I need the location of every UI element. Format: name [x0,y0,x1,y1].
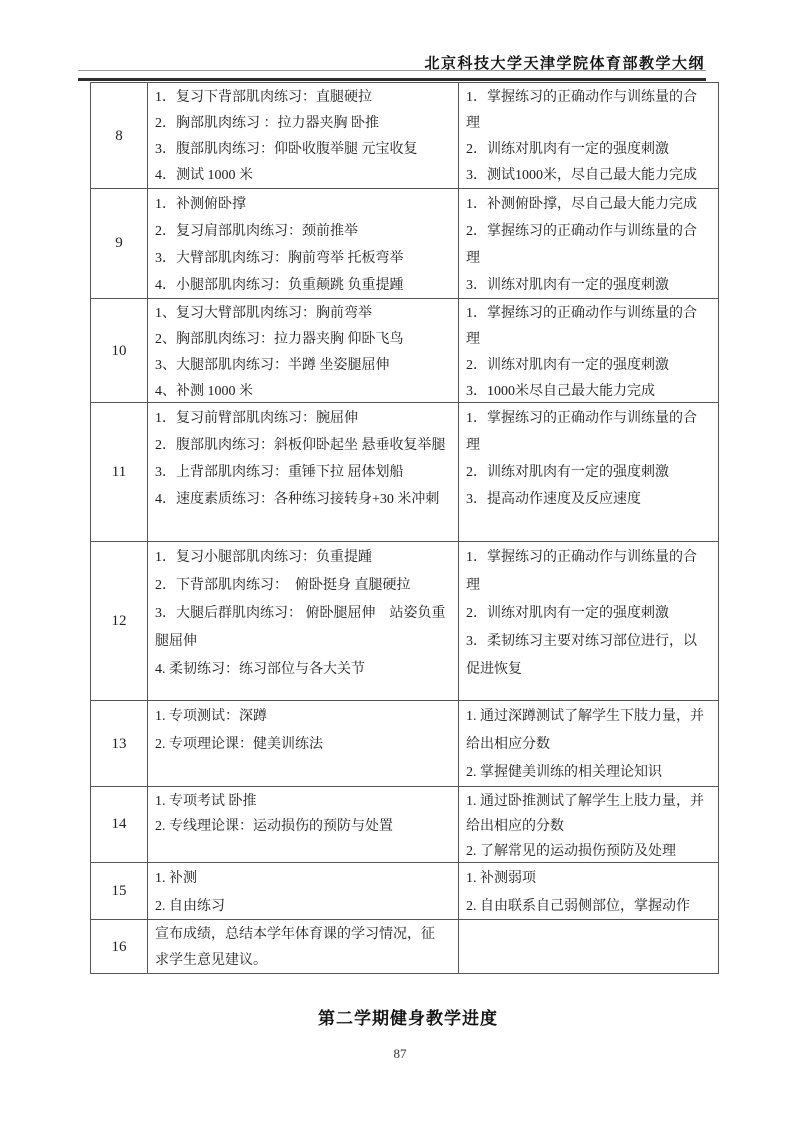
content-cell: 1. 专项测试：深蹲2. 专项理论课：健美训练法 [148,701,459,786]
goals-cell: 1. 补测弱项2. 自由联系自己弱侧部位，掌握动作 [459,863,718,919]
content-item: 4．小腿部肌肉练习：负重颠跳 负重提踵 [155,272,446,299]
week-cell: 16 [91,920,148,973]
content-item: 1. 专项测试：深蹲 [155,703,446,731]
goals-cell: 1．补测俯卧撑，尽自己最大能力完成2．掌握练习的正确动作与训练量的合理3．训练对… [459,189,718,298]
content-item: 3．上背部肌肉练习：重锤下拉 屈体划船 [155,459,446,486]
goals-cell: 1．掌握练习的正确动作与训练量的合理2．训练对肌肉有一定的强度刺激3．1000米… [459,299,718,402]
content-item: 3、大腿部肌肉练习：半蹲 坐姿腿屈伸 [155,353,446,379]
content-cell: 1．复习下背部肌肉练习：直腿硬拉2．胸部肌肉练习 ：拉力器夹胸 卧推3．腹部肌肉… [148,83,459,188]
goal-item: 1. 补测弱项 [466,865,709,893]
week-number: 8 [115,123,123,149]
week-cell: 11 [91,403,148,541]
content-item: 2．胸部肌肉练习 ：拉力器夹胸 卧推 [155,111,446,137]
goal-item: 2．训练对肌肉有一定的强度刺激 [466,600,709,628]
goal-item: 1. 通过卧推测试了解学生上肢力量，并给出相应的分数 [466,789,709,839]
content-cell: 1．复习前臂部肌肉练习：腕屈伸2．腹部肌肉练习：斜板仰卧起坐 悬垂收复举腿3．上… [148,403,459,541]
content-cell: 1. 补测2. 自由练习 [148,863,459,919]
content-item: 2．腹部肌肉练习：斜板仰卧起坐 悬垂收复举腿 [155,432,446,459]
week-number: 9 [115,230,123,257]
schedule-table: 81．复习下背部肌肉练习：直腿硬拉2．胸部肌肉练习 ：拉力器夹胸 卧推3．腹部肌… [90,82,719,974]
table-row: 16宣布成绩，总结本学年体育课的学习情况，征求学生意见建议。 [91,920,718,973]
goal-item: 2. 了解常见的运动损伤预防及处理 [466,839,709,863]
table-row: 81．复习下背部肌肉练习：直腿硬拉2．胸部肌肉练习 ：拉力器夹胸 卧推3．腹部肌… [91,83,718,189]
week-cell: 13 [91,701,148,786]
week-number: 12 [112,607,127,635]
week-number: 15 [112,877,127,905]
goal-item: 3．1000米尽自己最大能力完成 [466,379,709,403]
table-row: 111．复习前臂部肌肉练习：腕屈伸2．腹部肌肉练习：斜板仰卧起坐 悬垂收复举腿3… [91,403,718,542]
week-cell: 14 [91,787,148,862]
goals-cell: 1．掌握练习的正确动作与训练量的合理2．训练对肌肉有一定的强度刺激3．测试100… [459,83,718,188]
table-row: 91．补测俯卧撑2．复习肩部肌肉练习：颈前推举3．大臂部肌肉练习：胸前弯举 托板… [91,189,718,299]
content-item: 3．大臂部肌肉练习：胸前弯举 托板弯举 [155,245,446,272]
goals-cell: 1．掌握练习的正确动作与训练量的合理2．训练对肌肉有一定的强度刺激3．提高动作速… [459,403,718,541]
goal-item: 2．训练对肌肉有一定的强度刺激 [466,353,709,379]
content-item: 3．大腿后群肌肉练习： 俯卧腿屈伸 站姿负重腿屈伸 [155,600,446,656]
content-item: 1．复习前臂部肌肉练习：腕屈伸 [155,405,446,432]
content-item: 宣布成绩，总结本学年体育课的学习情况，征求学生意见建议。 [155,922,446,973]
goal-item: 1．掌握练习的正确动作与训练量的合理 [466,301,709,353]
table-row: 141. 专项考试 卧推2. 专线理论课：运动损伤的预防与处置1. 通过卧推测试… [91,787,718,863]
content-item: 2. 自由练习 [155,893,446,920]
week-number: 13 [112,730,127,758]
content-item: 1. 补测 [155,865,446,893]
content-item: 1．复习小腿部肌肉练习：负重提踵 [155,544,446,572]
content-item: 1．复习下背部肌肉练习：直腿硬拉 [155,85,446,111]
goals-cell: 1. 通过深蹲测试了解学生下肢力量，并给出相应分数2. 掌握健美训练的相关理论知… [459,701,718,786]
goal-item: 2. 掌握健美训练的相关理论知识 [466,759,709,787]
table-row: 131. 专项测试：深蹲2. 专项理论课：健美训练法1. 通过深蹲测试了解学生下… [91,701,718,787]
goal-item: 1．掌握练习的正确动作与训练量的合理 [466,85,709,137]
goals-cell: 1. 通过卧推测试了解学生上肢力量，并给出相应的分数2. 了解常见的运动损伤预防… [459,787,718,862]
content-item: 1．补测俯卧撑 [155,191,446,218]
goal-item: 1. 通过深蹲测试了解学生下肢力量，并给出相应分数 [466,703,709,759]
goal-item: 2. 自由联系自己弱侧部位，掌握动作 [466,893,709,920]
content-item: 2、胸部肌肉练习：拉力器夹胸 仰卧飞鸟 [155,327,446,353]
week-cell: 9 [91,189,148,298]
goals-cell: 1．掌握练习的正确动作与训练量的合理2．训练对肌肉有一定的强度刺激3．柔韧练习主… [459,542,718,700]
content-item: 1. 专项考试 卧推 [155,789,446,814]
header-rule-thick [78,78,706,81]
content-cell: 1、复习大臂部肌肉练习：胸前弯举2、胸部肌肉练习：拉力器夹胸 仰卧飞鸟3、大腿部… [148,299,459,402]
goal-item: 2．训练对肌肉有一定的强度刺激 [466,459,709,486]
week-number: 11 [112,459,126,486]
content-item: 4、补测 1000 米 [155,379,446,403]
week-cell: 12 [91,542,148,700]
content-item: 1、复习大臂部肌肉练习：胸前弯举 [155,301,446,327]
content-cell: 1．复习小腿部肌肉练习：负重提踵2．下背部肌肉练习： 俯卧挺身 直腿硬拉3．大腿… [148,542,459,700]
goal-item: 2．掌握练习的正确动作与训练量的合理 [466,218,709,272]
goal-item: 1．补测俯卧撑，尽自己最大能力完成 [466,191,709,218]
document-page: 北京科技大学天津学院体育部教学大纲 81．复习下背部肌肉练习：直腿硬拉2．胸部肌… [0,0,800,1131]
table-row: 151. 补测2. 自由练习1. 补测弱项2. 自由联系自己弱侧部位，掌握动作 [91,863,718,920]
content-item: 4．测试 1000 米 [155,163,446,189]
page-number: 87 [0,1046,800,1062]
content-item: 2．复习肩部肌肉练习：颈前推举 [155,218,446,245]
content-cell: 宣布成绩，总结本学年体育课的学习情况，征求学生意见建议。 [148,920,459,973]
content-cell: 1．补测俯卧撑2．复习肩部肌肉练习：颈前推举3．大臂部肌肉练习：胸前弯举 托板弯… [148,189,459,298]
week-cell: 10 [91,299,148,402]
goal-item: 3．提高动作速度及反应速度 [466,486,709,513]
content-item: 2. 专项理论课：健美训练法 [155,731,446,759]
week-cell: 15 [91,863,148,919]
goal-item: 3．测试1000米，尽自己最大能力完成 [466,163,709,189]
goal-item: 3．柔韧练习主要对练习部位进行，以促进恢复 [466,628,709,684]
goal-item: 1．掌握练习的正确动作与训练量的合理 [466,405,709,459]
table-row: 101、复习大臂部肌肉练习：胸前弯举2、胸部肌肉练习：拉力器夹胸 仰卧飞鸟3、大… [91,299,718,403]
content-item: 2．下背部肌肉练习： 俯卧挺身 直腿硬拉 [155,572,446,600]
goal-item: 2．训练对肌肉有一定的强度刺激 [466,137,709,163]
week-number: 14 [112,812,127,837]
week-cell: 8 [91,83,148,188]
week-number: 10 [112,338,127,364]
content-cell: 1. 专项考试 卧推2. 专线理论课：运动损伤的预防与处置 [148,787,459,862]
content-item: 2. 专线理论课：运动损伤的预防与处置 [155,814,446,839]
content-item: 3．腹部肌肉练习：仰卧收腹举腿 元宝收复 [155,137,446,163]
section-heading: 第二学期健身教学进度 [0,1004,800,1029]
content-item: 4. 柔韧练习：练习部位与各大关节 [155,656,446,684]
table-row: 121．复习小腿部肌肉练习：负重提踵2．下背部肌肉练习： 俯卧挺身 直腿硬拉3．… [91,542,718,701]
header-rule-thin [78,70,706,71]
content-item: 4．速度素质练习：各种练习接转身+30 米冲刺 [155,486,446,513]
goal-item: 1．掌握练习的正确动作与训练量的合理 [466,544,709,600]
goal-item: 3．训练对肌肉有一定的强度刺激 [466,272,709,299]
week-number: 16 [112,934,127,960]
goals-cell [459,920,718,973]
